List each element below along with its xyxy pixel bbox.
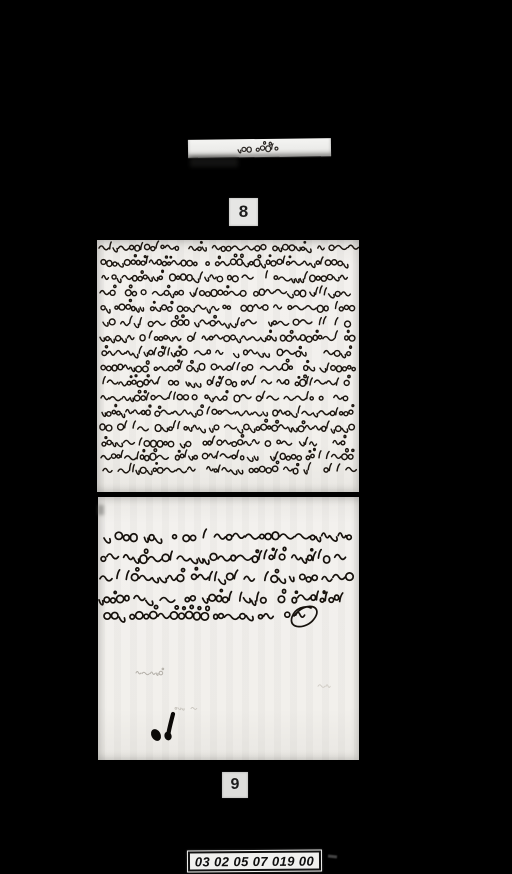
reel-label-shadow (190, 157, 238, 167)
document-id-code: 03 02 05 07 019 00 (188, 851, 321, 872)
frame-marker-8: 8 (229, 198, 258, 226)
reel-title-label (188, 138, 331, 158)
film-scratch-dash (328, 855, 337, 859)
manuscript-page-8 (97, 240, 359, 492)
reel-title-handwriting (188, 138, 331, 158)
frame-marker-9-number: 9 (231, 776, 240, 794)
microfilm-frame: 8 9 03 02 05 07 019 00 (0, 0, 512, 874)
manuscript-page-9 (98, 497, 359, 760)
page-9-handwriting (98, 497, 359, 760)
document-id-strip: 03 02 05 07 019 00 (187, 850, 322, 873)
frame-marker-8-number: 8 (239, 202, 248, 222)
page-8-handwriting (97, 240, 359, 492)
frame-marker-9: 9 (222, 772, 248, 798)
